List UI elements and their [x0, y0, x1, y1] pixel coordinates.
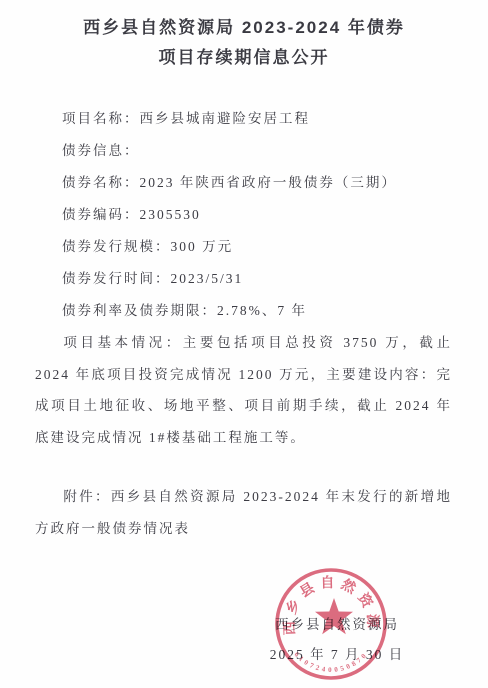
field-bond-code: 债券编码：2305530	[35, 199, 452, 231]
document-title: 西乡县自然资源局 2023-2024 年债券 项目存续期信息公开	[24, 13, 464, 73]
field-bond-name: 债券名称：2023 年陕西省政府一般债券（三期）	[35, 167, 452, 199]
title-line-1: 西乡县自然资源局 2023-2024 年债券	[24, 13, 464, 43]
document-body: 项目名称：西乡县城南避险安居工程 债券信息： 债券名称：2023 年陕西省政府一…	[35, 103, 452, 545]
attachment-line: 附件：西乡县自然资源局 2023-2024 年末发行的新增地方政府一般债券情况表	[35, 481, 452, 545]
signature-date: 2025 年 7 月 30 日	[244, 640, 430, 670]
signature-organization: 西乡县自然资源局	[244, 610, 430, 640]
title-line-2: 项目存续期信息公开	[24, 43, 464, 73]
project-basic-info-paragraph: 项目基本情况：主要包括项目总投资 3750 万，截止 2024 年底项目投资完成…	[35, 327, 452, 453]
field-bond-rate-term: 债券利率及债券期限：2.78%、7 年	[35, 295, 452, 327]
signature-block: 西乡县自然资源局 2025 年 7 月 30 日	[244, 610, 430, 670]
field-bond-issue-date: 债券发行时间：2023/5/31	[35, 263, 452, 295]
field-bond-issue-size: 债券发行规模：300 万元	[35, 231, 452, 263]
field-bond-info-heading: 债券信息：	[35, 135, 452, 167]
field-project-name: 项目名称：西乡县城南避险安居工程	[35, 103, 452, 135]
document-page: 西乡县自然资源局 2023-2024 年债券 项目存续期信息公开 项目名称：西乡…	[0, 0, 488, 688]
